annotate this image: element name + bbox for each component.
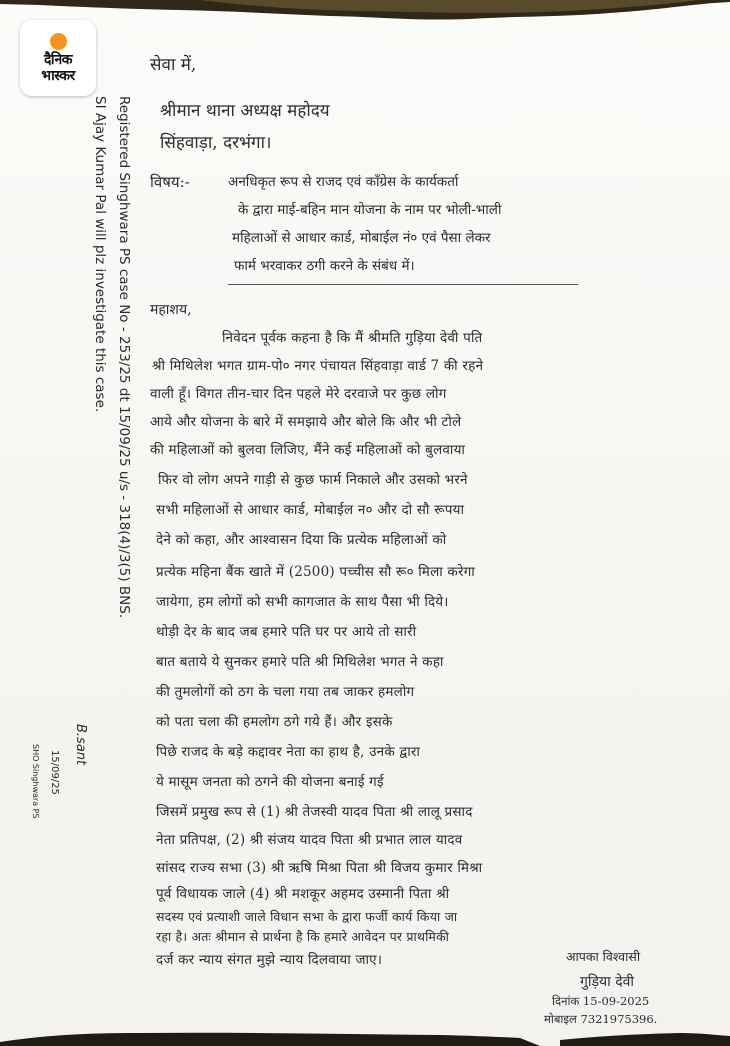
body-line: आये और योजना के बारे में समझाये और बोले … xyxy=(150,412,461,430)
subject-line: के द्वारा माई-बहिन मान योजना के नाम पर भ… xyxy=(238,200,501,218)
letter-page: दैनिक भास्कर सेवा में, श्रीमान थाना अध्य… xyxy=(0,0,730,1046)
officer-title: SHO Singhwara PS xyxy=(31,744,40,819)
body-line: सभी महिलाओं से आधार कार्ड, मोबाईल न० और … xyxy=(156,500,464,518)
body-line: देने को कहा, और आश्वासन दिया कि प्रत्येक… xyxy=(156,530,446,548)
officer-sign-date: 15/09/25 xyxy=(49,750,60,795)
body-line: नेता प्रतिपक्ष, (2) श्री संजय यादव पिता … xyxy=(156,830,462,848)
subject-label: विषय:- xyxy=(150,172,190,192)
address-to: सेवा में, xyxy=(150,52,196,75)
subject-line: फार्म भरवाकर ठगी करने के संबंध में। xyxy=(234,256,415,274)
body-line: वाली हूँ। विगत तीन-चार दिन पहले मेरे दरव… xyxy=(150,384,447,402)
body-line: सांसद राज्य सभा (3) श्री ऋषि मिश्रा पिता… xyxy=(156,858,482,876)
subject-line: अनधिकृत रूप से राजद एवं कॉंग्रेस के कार्… xyxy=(228,172,458,190)
body-line: थोड़ी देर के बाद जब हमारे पति घर पर आये … xyxy=(156,622,416,640)
body-line: सदस्य एवं प्रत्याशी जाले विधान सभा के द्… xyxy=(156,908,457,925)
body-line: फिर वो लोग अपने गाड़ी से कुछ फार्म निकाल… xyxy=(158,470,468,488)
logo-text-line2: भास्कर xyxy=(41,68,74,84)
body-line: श्री मिथिलेश भगत ग्राम-पो० नगर पंचायत सि… xyxy=(152,356,483,374)
body-line: जायेगा, हम लोगों को सभी कागजात के साथ पै… xyxy=(156,592,449,610)
signatory-name: गुड़िया देवी xyxy=(580,972,634,991)
address-recipient: श्रीमान थाना अध्यक्ष महोदय xyxy=(160,98,330,121)
body-line: ये मासूम जनता को ठगने की योजना बनाई गई xyxy=(156,772,384,790)
mobile-number: मोबाइल 7321975396. xyxy=(544,1012,657,1027)
torn-bottom-edge xyxy=(0,1030,730,1046)
endorsement-assignment: SI Ajay Kumar Pal will plz investigate t… xyxy=(92,96,108,412)
body-line: दर्ज कर न्याय संगत मुझे न्याय दिलवाया जा… xyxy=(156,950,382,968)
body-line: रहा है। अतः श्रीमान से प्रार्थना है कि ह… xyxy=(156,928,449,945)
body-line: की तुमलोगों को ठग के चला गया तब जाकर हमल… xyxy=(156,682,414,700)
address-place: सिंहवाड़ा, दरभंगा। xyxy=(160,130,271,153)
letter-date: दिनांक 15-09-2025 xyxy=(552,994,649,1009)
body-line: की महिलाओं को बुलवा लिजिए, मैंने कई महिल… xyxy=(150,440,465,458)
body-line: बात बताये ये सुनकर हमारे पति श्री मिथिले… xyxy=(156,652,444,670)
dainik-bhaskar-logo: दैनिक भास्कर xyxy=(20,20,96,96)
logo-text-line1: दैनिक xyxy=(44,52,72,68)
body-line: को पता चला की हमलोग ठगे गये हैं। और इसके xyxy=(156,712,393,730)
valediction: आपका विश्वासी xyxy=(566,948,640,965)
salutation: महाशय, xyxy=(150,300,192,319)
body-line: जिसमें प्रमुख रूप से (1) श्री तेजस्वी या… xyxy=(156,802,473,820)
body-line: प्रत्येक महिना बैंक खाते में (2500) पच्च… xyxy=(156,562,475,580)
subject-underline xyxy=(228,284,578,285)
body-line: पिछे राजद के बड़े कद्दावर नेता का हाथ है… xyxy=(156,742,420,760)
body-line: पूर्व विधायक जाले (4) श्री मशकूर अहमद उस… xyxy=(156,884,449,902)
endorsement-registration: Registered Singhwara PS case No - 253/25… xyxy=(116,96,132,618)
body-line: निवेदन पूर्वक कहना है कि मैं श्रीमति गुड… xyxy=(222,328,482,346)
subject-line: महिलाओं से आधार कार्ड, मोबाईल नं० एवं पै… xyxy=(232,228,491,246)
officer-signature: B.sant xyxy=(73,724,88,765)
sun-icon xyxy=(50,33,67,50)
torn-top-edge xyxy=(0,0,730,22)
